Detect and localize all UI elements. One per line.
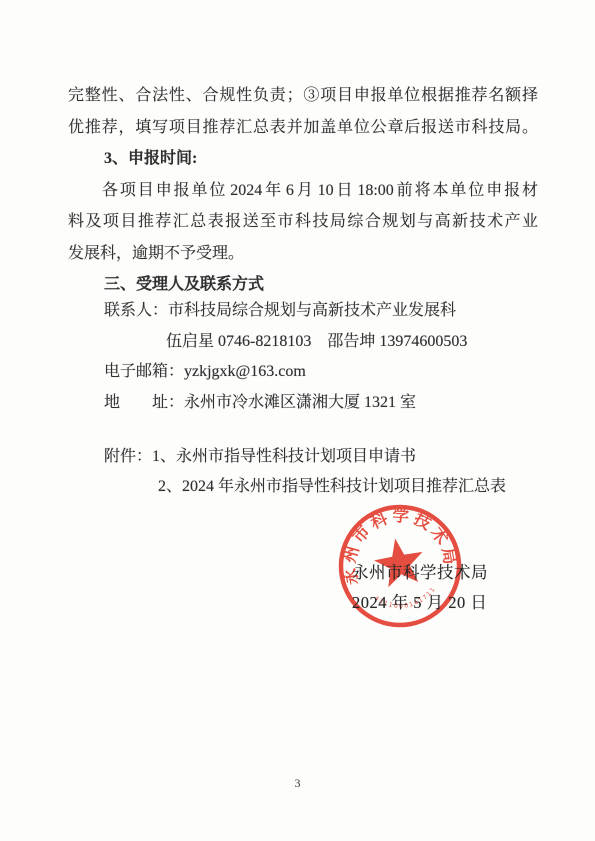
- paragraph-line: 发展科，逾期不予受理。: [68, 238, 538, 270]
- body-text-block: 完整性、合法性、合规性负责；③项目申报单位根据推荐名额择 优推荐，填写项目推荐汇…: [68, 80, 538, 301]
- page-number: 3: [0, 776, 595, 791]
- contact-address-line: 地 址：永州市冷水滩区潇湘大厦 1321 室: [68, 388, 548, 419]
- contact-department-line: 联系人：市科技局综合规划与高新技术产业发展科: [68, 296, 548, 327]
- paragraph-line: 各项目申报单位 2024 年 6 月 10 日 18:00 前将本单位申报材: [68, 175, 538, 207]
- signature-date: 2024 年 5 月 20 日: [352, 588, 488, 618]
- attachment-line-1: 附件：1、永州市指导性科技计划项目申请书: [104, 442, 554, 472]
- paragraph-line: 优推荐，填写项目推荐汇总表并加盖单位公章后报送市科技局。: [68, 112, 538, 144]
- signature-block: 永州市科学技术局 2024 年 5 月 20 日: [352, 558, 488, 618]
- document-page: 完整性、合法性、合规性负责；③项目申报单位根据推荐名额择 优推荐，填写项目推荐汇…: [0, 0, 595, 841]
- paragraph-line: 完整性、合法性、合规性负责；③项目申报单位根据推荐名额择: [68, 80, 538, 112]
- contact-people-line: 伍启星 0746-8218103 邵告坤 13974600503: [68, 327, 548, 358]
- contact-block: 联系人：市科技局综合规划与高新技术产业发展科 伍启星 0746-8218103 …: [68, 296, 548, 418]
- paragraph-line: 料及项目推荐汇总表报送至市科技局综合规划与高新技术产业: [68, 206, 538, 238]
- heading-declare-time: 3、申报时间:: [68, 143, 538, 175]
- attachment-line-2: 2、2024 年永州市指导性科技计划项目推荐汇总表: [104, 472, 554, 502]
- contact-email-line: 电子邮箱：yzkjgxk@163.com: [68, 357, 548, 388]
- attachments-block: 附件：1、永州市指导性科技计划项目申请书 2、2024 年永州市指导性科技计划项…: [104, 442, 554, 502]
- signature-org: 永州市科学技术局: [352, 558, 488, 588]
